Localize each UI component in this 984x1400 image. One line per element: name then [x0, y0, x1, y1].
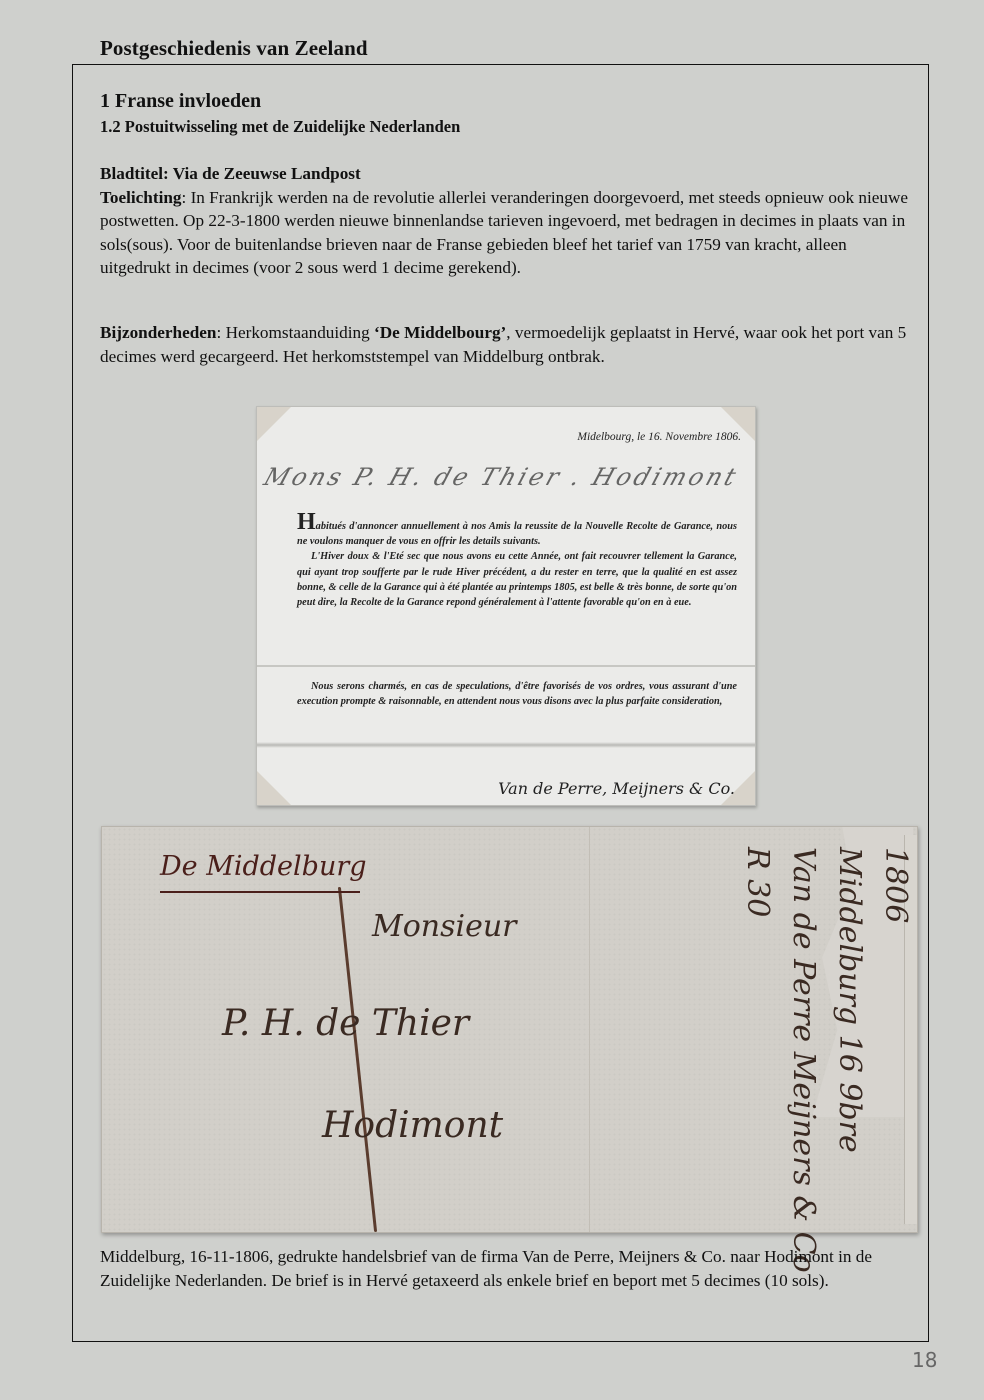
photo-corner-mount [257, 771, 291, 805]
docket-line: Van de Perre Meijners & Co [780, 847, 826, 1107]
docket-line: Middelburg 16 9bre [826, 847, 872, 1107]
letter-body: Habitués d'annoncer annuellement à nos A… [297, 515, 737, 610]
docket-notation: 1806 Middelburg 16 9bre Van de Perre Mei… [734, 847, 918, 1107]
printed-letter-image: Midelbourg, le 16. Novembre 1806. Mons P… [256, 406, 756, 806]
bladtitel-label: Bladtitel: Via de Zeeuwse Landpost [100, 162, 920, 186]
letter-signature: Van de Perre, Meijners & Co. [498, 779, 735, 798]
bijzonderheden-text-before: : Herkomstaanduiding [217, 323, 375, 342]
letter-closing-text: Nous serons charmés, en cas de speculati… [297, 679, 737, 709]
toelichting-label: Toelichting [100, 188, 182, 207]
docket-line: R 30 [734, 847, 780, 1107]
photo-corner-mount [257, 407, 291, 441]
section-title: 1.2 Postuitwisseling met de Zuidelijke N… [100, 117, 460, 137]
chapter-title: 1 Franse invloeden [100, 90, 261, 113]
page-header-title: Postgeschiedenis van Zeeland [100, 36, 368, 61]
page-number: 18 [912, 1348, 937, 1372]
cover-fold-line [589, 827, 590, 1232]
bladtitel-block: Bladtitel: Via de Zeeuwse Landpost Toeli… [100, 162, 920, 280]
letter-paragraph-1-text: abitués d'annoncer annuellement à nos Am… [297, 521, 737, 547]
bijzonderheden-paragraph: Bijzonderheden: Herkomstaanduiding ‘De M… [100, 321, 920, 368]
letter-tear-line [257, 742, 755, 748]
image-caption: Middelburg, 16-11-1806, gedrukte handels… [100, 1245, 930, 1292]
bijzonderheden-label: Bijzonderheden [100, 323, 217, 342]
bijzonderheden-highlight: ‘De Middelbourg’ [374, 323, 506, 342]
letter-dropcap: H [297, 509, 316, 535]
letter-paragraph-1: Habitués d'annoncer annuellement à nos A… [297, 515, 737, 549]
origin-mark-de-middelburg: De Middelburg [160, 851, 367, 882]
docket-line: 1806 [872, 847, 918, 1107]
address-monsieur: Monsieur [372, 909, 517, 944]
cover-letter-image: De Middelburg Monsieur P. H. de Thier Ho… [101, 826, 918, 1233]
address-name: P. H. de Thier [222, 1003, 469, 1044]
letter-paragraph-2: L'Hiver doux & l'Eté sec que nous avons … [297, 549, 737, 610]
letter-handwritten-address: Mons P. H. de Thier . Hodimont [260, 463, 742, 491]
letter-closing: Nous serons charmés, en cas de speculati… [297, 679, 737, 709]
letter-fold-line [257, 665, 755, 667]
toelichting-paragraph: Toelichting: In Frankrijk werden na de r… [100, 186, 920, 280]
origin-mark-underline [160, 891, 360, 893]
letter-dateline: Midelbourg, le 16. Novembre 1806. [577, 431, 741, 443]
address-city: Hodimont [322, 1105, 503, 1146]
toelichting-text: : In Frankrijk werden na de revolutie al… [100, 188, 908, 278]
